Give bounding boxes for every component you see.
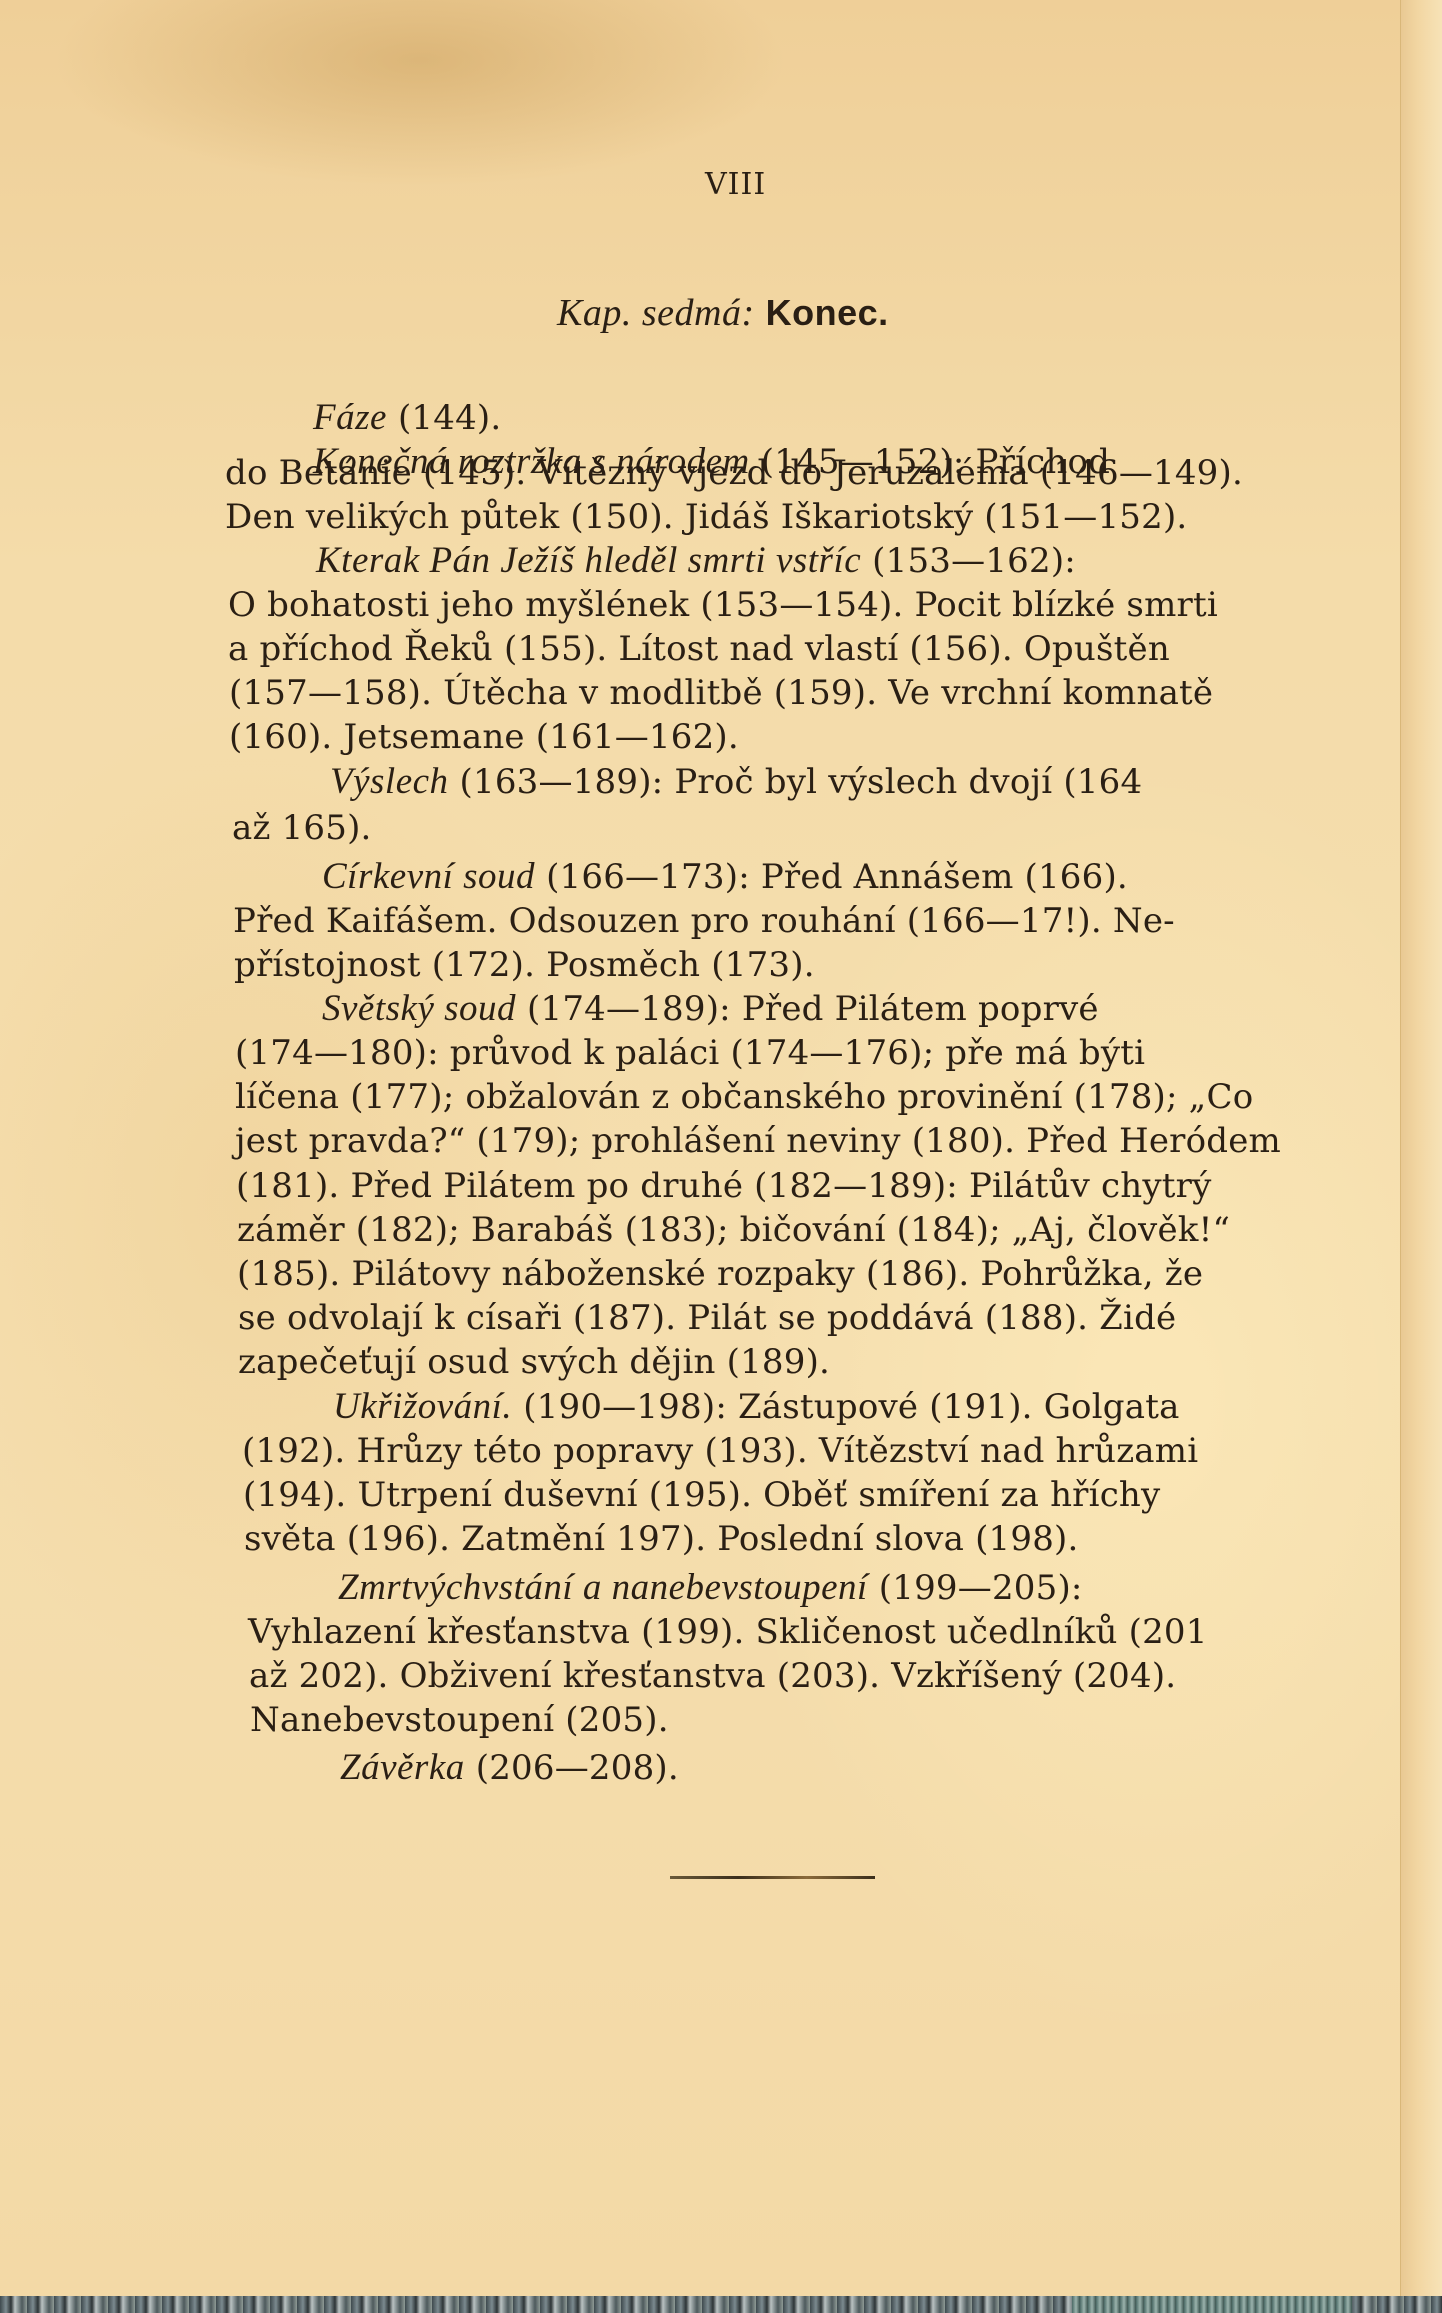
- toc-line: (194). Utrpení duševní (195). Oběť smíře…: [243, 1475, 1160, 1515]
- toc-line: (157—158). Útěcha v modlitbě (159). Ve v…: [229, 673, 1213, 713]
- section-text: (163—189): Proč byl výslech dvojí (164: [449, 762, 1143, 802]
- toc-entry-zaverka: Závěrka (206—208).: [340, 1748, 679, 1788]
- toc-line: (185). Pilátovy náboženské rozpaky (186)…: [237, 1254, 1203, 1294]
- toc-line: a příchod Řeků (155). Lítost nad vlastí …: [228, 629, 1170, 669]
- chapter-label: Kap. sedmá:: [557, 292, 755, 334]
- toc-line: přístojnost (172). Posměch (173).: [234, 945, 815, 985]
- section-text: (190—198): Zástupové (191). Golgata: [512, 1387, 1179, 1427]
- toc-line: až 165).: [232, 808, 372, 848]
- toc-line: (192). Hrůzy této popravy (193). Vítězst…: [242, 1431, 1198, 1471]
- section-text: (166—173): Před Annášem (166).: [535, 857, 1128, 897]
- section-title: Fáze: [313, 397, 387, 438]
- toc-line: zapečeťují osud svých dějin (189).: [238, 1342, 830, 1382]
- chapter-heading: Kap. sedmá: Konec.: [557, 293, 889, 334]
- toc-entry-ukrizovani: Ukřižování. (190—198): Zástupové (191). …: [333, 1387, 1180, 1427]
- toc-line: se odvolají k císaři (187). Pilát se pod…: [238, 1298, 1176, 1338]
- toc-line: Vyhlazení křesťanstva (199). Skličenost …: [248, 1612, 1208, 1652]
- toc-entry-faze: Fáze (144).: [313, 398, 501, 438]
- scanner-edge: [0, 2296, 1442, 2313]
- toc-line: Nanebevstoupení (205).: [250, 1700, 669, 1740]
- section-text: (174—189): Před Pilátem poprvé: [516, 989, 1099, 1029]
- section-title: Zmrtvýchvstání a nanebevstoupení: [338, 1567, 868, 1608]
- section-text: (206—208).: [465, 1748, 679, 1788]
- section-title: Závěrka: [340, 1747, 465, 1788]
- toc-entry-kterak-pan-jezis: Kterak Pán Ježíš hleděl smrti vstříc (15…: [316, 541, 1076, 581]
- toc-line: (174—180): průvod k paláci (174—176); př…: [235, 1033, 1145, 1073]
- toc-line: O bohatosti jeho myšlének (153—154). Poc…: [228, 585, 1218, 625]
- toc-line: do Betánie (145). Vítězný vjezd do Jeruz…: [225, 453, 1243, 493]
- section-title: Ukřižování.: [333, 1386, 512, 1427]
- toc-line: Před Kaifášem. Odsouzen pro rouhání (166…: [233, 901, 1175, 941]
- toc-entry-zmrtvychvstani: Zmrtvýchvstání a nanebevstoupení (199—20…: [338, 1568, 1083, 1608]
- toc-line: záměr (182); Barabáš (183); bičování (18…: [237, 1210, 1230, 1250]
- toc-entry-cirkevni-soud: Církevní soud (166—173): Před Annášem (1…: [322, 857, 1128, 897]
- toc-line: Den velikých půtek (150). Jidáš Iškariot…: [225, 497, 1187, 537]
- toc-entry-vyslech: Výslech (163—189): Proč byl výslech dvoj…: [330, 762, 1142, 802]
- section-title: Kterak Pán Ježíš hleděl smrti vstříc: [316, 540, 861, 581]
- section-title: Výslech: [330, 761, 449, 802]
- section-text: (153—162):: [861, 541, 1076, 581]
- section-title: Církevní soud: [322, 856, 535, 897]
- toc-entry-svetsky-soud: Světský soud (174—189): Před Pilátem pop…: [322, 989, 1099, 1029]
- chapter-title: Konec.: [766, 292, 889, 333]
- toc-line: jest pravda?“ (179); prohlášení neviny (…: [235, 1121, 1281, 1161]
- page-number: VIII: [705, 165, 766, 205]
- section-text: (144).: [387, 398, 501, 438]
- page-edge: [1400, 0, 1442, 2296]
- toc-line: líčena (177); obžalován z občanského pro…: [235, 1077, 1253, 1117]
- toc-line: (160). Jetsemane (161—162).: [229, 717, 739, 757]
- toc-line: až 202). Obživení křesťanstva (203). Vzk…: [249, 1656, 1176, 1696]
- section-text: (199—205):: [868, 1568, 1083, 1608]
- section-title: Světský soud: [322, 988, 516, 1029]
- toc-line: světa (196). Zatmění 197). Poslední slov…: [244, 1519, 1079, 1559]
- toc-line: (181). Před Pilátem po druhé (182—189): …: [236, 1166, 1212, 1206]
- closing-rule: [670, 1876, 875, 1879]
